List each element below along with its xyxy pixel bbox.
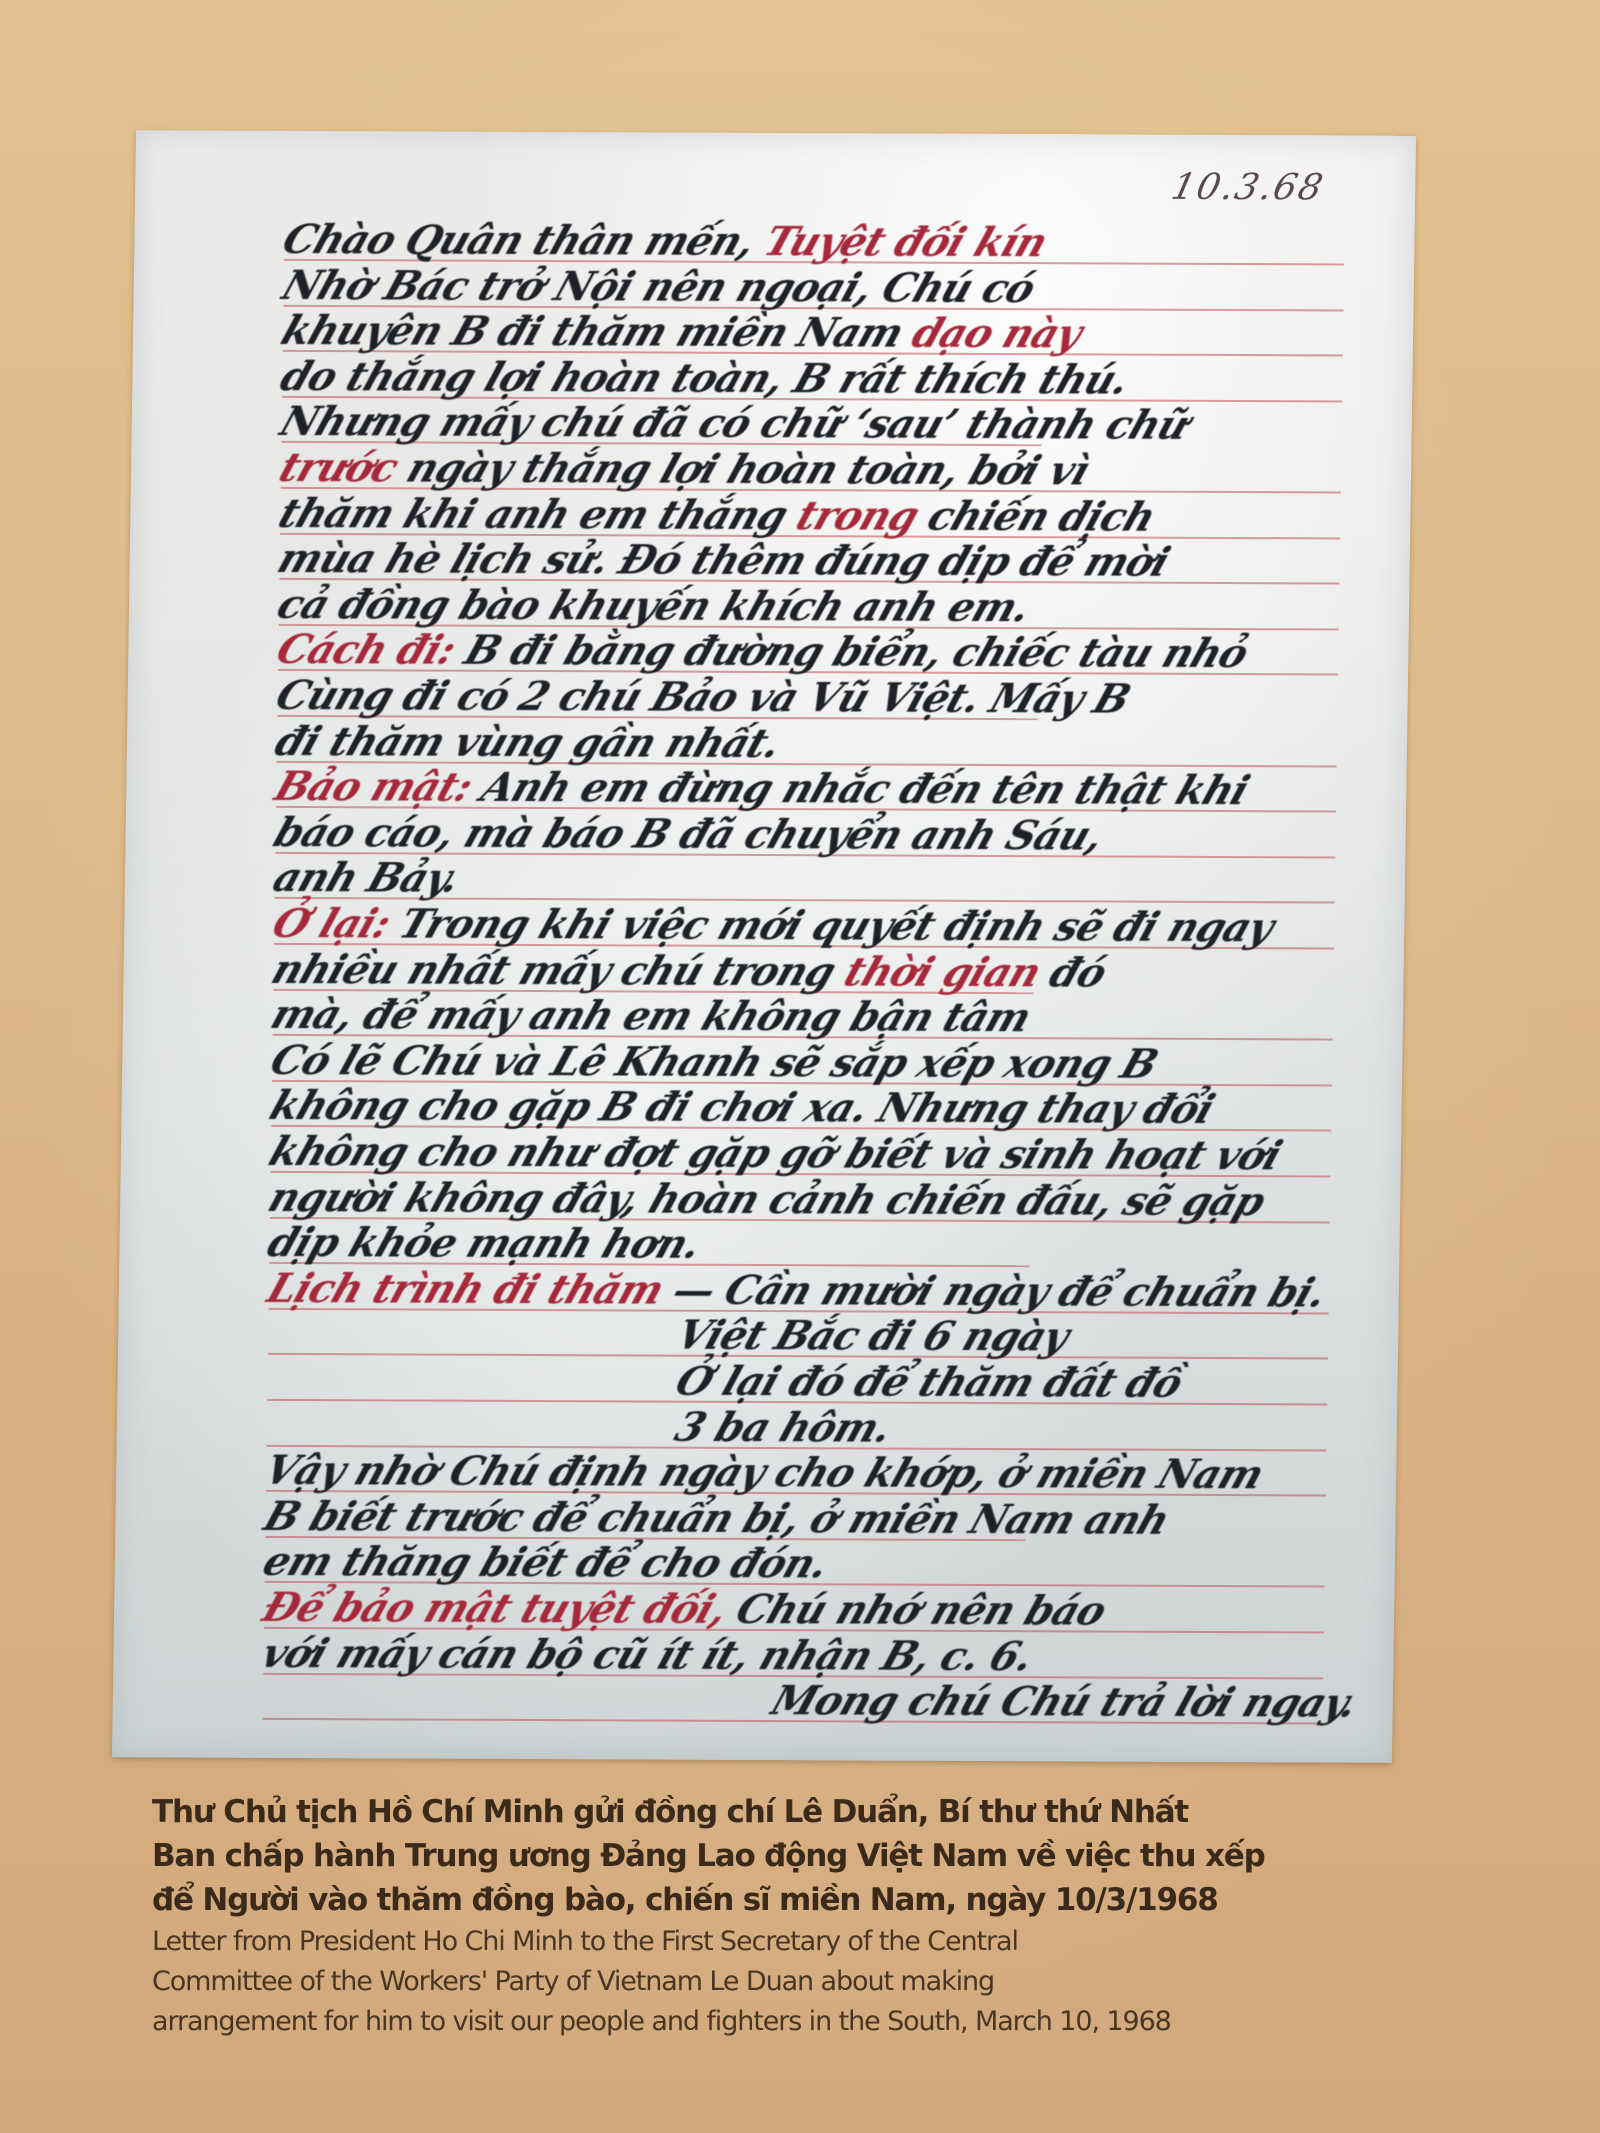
letter-date: 10.3.68: [1167, 167, 1328, 209]
caption-en-line: Letter from President Ho Chi Minh to the…: [152, 1922, 1472, 1962]
caption-en-line: Committee of the Workers' Party of Vietn…: [152, 1962, 1472, 2002]
caption-vi-line: để Người vào thăm đồng bào, chiến sĩ miề…: [152, 1878, 1472, 1922]
caption-en-line: arrangement for him to visit our people …: [152, 2002, 1472, 2042]
caption-vi-line: Thư Chủ tịch Hồ Chí Minh gửi đồng chí Lê…: [152, 1790, 1472, 1834]
letter-body: Chào Quân thân mến, Tuyệt đối kínNhờ Bác…: [136, 130, 1416, 136]
handwriting-line: Mong chú Chú trả lời ngay.: [762, 1670, 1367, 1734]
handwritten-letter: 10.3.68 Chào Quân thân mến, Tuyệt đối kí…: [112, 130, 1416, 1763]
caption-vi-line: Ban chấp hành Trung ương Đảng Lao động V…: [152, 1834, 1472, 1878]
exhibit-caption: Thư Chủ tịch Hồ Chí Minh gửi đồng chí Lê…: [152, 1790, 1472, 2042]
red-ink-text: Lịch trình đi thăm: [261, 1265, 669, 1314]
